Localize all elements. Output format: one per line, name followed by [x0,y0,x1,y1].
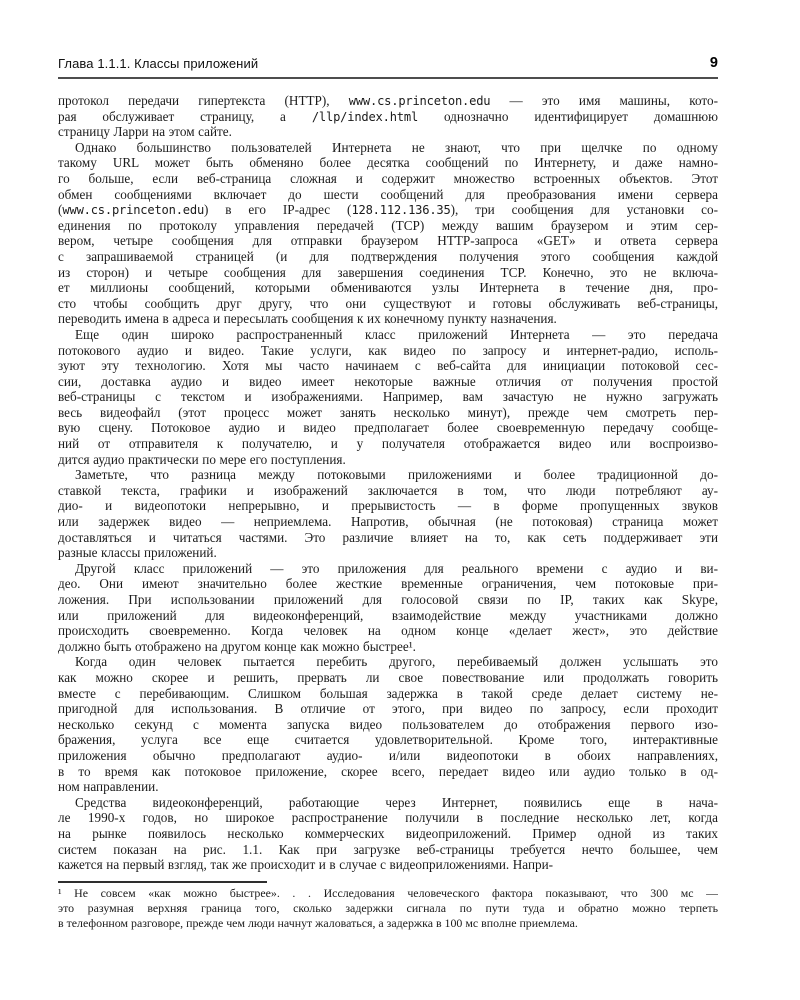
text-run: ний от отправителя к получателю, и у пол… [58,436,718,451]
text-line: Еще один широко распространенный класс п… [58,327,718,343]
inline-code: 128.112.136.35 [351,203,450,217]
text-line: в то время как потоковое приложение, ско… [58,764,718,780]
text-run: сии, доставка аудио и видео имеет некото… [58,374,718,389]
text-line: потокового аудио и видео. Такие услуги, … [58,343,718,359]
text-run: страницу Ларри на этом сайте. [58,124,232,139]
text-line: страницу Ларри на этом сайте. [58,124,718,140]
text-run: пригодной для использования. В отличие о… [58,701,718,716]
page-header: Глава 1.1.1. Классы приложений 9 [58,55,718,79]
text-line: на рынке появилось несколько коммерчески… [58,826,718,842]
text-run: ном направлении. [58,779,159,794]
text-run: обмен сообщениями включает до шести сооб… [58,187,718,202]
text-line: протокол передачи гипертекста (HTTP), ww… [58,93,718,109]
text-line: сто чтобы сообщить друг другу, что они с… [58,296,718,312]
text-run: вую сцену. Потоковое аудио и видео предп… [58,420,718,435]
footnote-separator [58,881,267,883]
text-line: део. Они имеют значительно более жесткие… [58,576,718,592]
text-run: ет миллионы сообщений, которыми обменива… [58,280,718,295]
body-text: протокол передачи гипертекста (HTTP), ww… [58,93,718,873]
text-line: или задержек видео — неприемлема. Напрот… [58,514,718,530]
text-run: приложения обычно предполагают аудио- и/… [58,748,718,763]
text-line: (www.cs.princeton.edu) в его IP-адрес (1… [58,202,718,218]
text-line: ле 1990-х годов, но широкое распростране… [58,810,718,826]
text-run: ставкой текста, графики и изображений за… [58,483,718,498]
text-run: разные классы приложений. [58,545,217,560]
text-line: из сторон) и четыре сообщения для заверш… [58,265,718,281]
text-line: Средства видеоконференций, работающие че… [58,795,718,811]
text-line: рая обслуживает страницу, а /llp/index.h… [58,109,718,125]
text-line: с запрашиваемой страницей (и для подтвер… [58,249,718,265]
inline-code: /llp/index.html [312,110,418,124]
footnote-line: ¹ Не совсем «как можно быстрее». . . Исс… [58,886,718,901]
text-line: обмен сообщениями включает до шести сооб… [58,187,718,203]
text-run: веб-страницы с текстом и изображениями. … [58,389,718,404]
text-line: ет миллионы сообщений, которыми обменива… [58,280,718,296]
text-line: дио- и видеопотоки непрерывно, и прерыви… [58,498,718,514]
page-number: 9 [710,55,718,71]
text-run: Однако большинство пользователей Интерне… [75,140,718,155]
text-run: вером, четыре сообщения для отправки бра… [58,233,718,248]
text-run: дио- и видеопотоки непрерывно, и прерыви… [58,498,718,513]
text-run: переводить имена в адреса и пересылать с… [58,311,557,326]
text-run: ), три сообщения для установки со- [451,202,718,217]
text-run: рая обслуживает страницу, а [58,109,312,124]
text-line: несколько секунд с момента запуска видео… [58,717,718,733]
text-run: Другой класс приложений — это приложения… [75,561,718,576]
text-line: ставкой текста, графики и изображений за… [58,483,718,499]
text-line: как можно скорее и решить, прервать ли с… [58,670,718,686]
text-run: происходить своевременно. Когда человек … [58,623,718,638]
text-line: пригодной для использования. В отличие о… [58,701,718,717]
text-line: переводить имена в адреса и пересылать с… [58,311,718,327]
text-line: или приложений для видеоконференций, вза… [58,608,718,624]
text-line: весь видеофайл (этот процесс может занят… [58,405,718,421]
text-run: кажется на первый взгляд, так же происхо… [58,857,553,872]
text-line: должно быть отображено на другом конце к… [58,639,718,655]
text-run: вместе с перебивающим. Слишком большая з… [58,686,718,701]
text-line: Когда один человек пытается перебить дру… [58,654,718,670]
footnote-text: ¹ Не совсем «как можно быстрее». . . Исс… [58,886,718,931]
text-run: единения по протоколу управления передач… [58,218,718,233]
text-run: такому URL может быть обменяно более дес… [58,155,718,170]
text-run: как можно скорее и решить, прервать ли с… [58,670,718,685]
text-line: такому URL может быть обменяно более дес… [58,155,718,171]
inline-code: www.cs.princeton.edu [62,203,204,217]
text-line: доставляться и читаться частями. Это раз… [58,530,718,546]
text-line: разные классы приложений. [58,545,718,561]
text-run: дится аудио практически по мере его пост… [58,452,346,467]
text-run: сто чтобы сообщить друг другу, что они с… [58,296,718,311]
text-line: ном направлении. [58,779,718,795]
inline-code: www.cs.princeton.edu [349,94,491,108]
text-run: несколько секунд с момента запуска видео… [58,717,718,732]
text-run: Еще один широко распространенный класс п… [75,327,718,342]
footnote-line: в телефонном разговоре, прежде чем люди … [58,916,718,931]
text-run: — это имя машины, кото- [490,93,718,108]
text-line: ложения. При использовании приложений дл… [58,592,718,608]
text-run: в то время как потоковое приложение, ско… [58,764,718,779]
text-line: веб-страницы с текстом и изображениями. … [58,389,718,405]
text-run: однозначно идентифицирует домашнюю [418,109,718,124]
text-line: Другой класс приложений — это приложения… [58,561,718,577]
text-line: го больше, если веб-страница сложная и с… [58,171,718,187]
text-line: происходить своевременно. Когда человек … [58,623,718,639]
text-line: Однако большинство пользователей Интерне… [58,140,718,156]
book-page: Глава 1.1.1. Классы приложений 9 протоко… [0,0,800,1000]
text-run: из сторон) и четыре сообщения для заверш… [58,265,718,280]
text-run: доставляться и читаться частями. Это раз… [58,530,718,545]
text-run: Заметьте, что разница между потоковыми п… [75,467,718,482]
text-line: сии, доставка аудио и видео имеет некото… [58,374,718,390]
text-line: Заметьте, что разница между потоковыми п… [58,467,718,483]
text-run: Средства видеоконференций, работающие че… [75,795,718,810]
text-run: систем показан на рис. 1.1. Как при загр… [58,842,718,857]
text-run: или приложений для видеоконференций, вза… [58,608,718,623]
text-run: ) в его IP-адрес ( [204,202,351,217]
text-run: го больше, если веб-страница сложная и с… [58,171,718,186]
text-run: Когда один человек пытается перебить дру… [75,654,718,669]
text-run: део. Они имеют значительно более жесткие… [58,576,718,591]
text-line: приложения обычно предполагают аудио- и/… [58,748,718,764]
text-line: систем показан на рис. 1.1. Как при загр… [58,842,718,858]
text-run: с запрашиваемой страницей (и для подтвер… [58,249,718,264]
text-line: вместе с перебивающим. Слишком большая з… [58,686,718,702]
text-line: ний от отправителя к получателю, и у пол… [58,436,718,452]
text-run: потокового аудио и видео. Такие услуги, … [58,343,718,358]
text-line: единения по протоколу управления передач… [58,218,718,234]
text-run: ложения. При использовании приложений дл… [58,592,718,607]
text-line: дится аудио практически по мере его пост… [58,452,718,468]
text-run: должно быть отображено на другом конце к… [58,639,416,654]
text-line: вую сцену. Потоковое аудио и видео предп… [58,420,718,436]
text-run: зуют эту технологию. Хотя мы часто начин… [58,358,718,373]
text-line: бражения, услуга все еще считается удовл… [58,732,718,748]
footnote-line: это разумная верхняя граница того, сколь… [58,901,718,916]
text-run: протокол передачи гипертекста (HTTP), [58,93,349,108]
text-run: на рынке появилось несколько коммерчески… [58,826,718,841]
text-run: или задержек видео — неприемлема. Напрот… [58,514,718,529]
text-run: бражения, услуга все еще считается удовл… [58,732,718,747]
text-line: кажется на первый взгляд, так же происхо… [58,857,718,873]
text-run: весь видеофайл (этот процесс может занят… [58,405,718,420]
text-line: вером, четыре сообщения для отправки бра… [58,233,718,249]
text-line: зуют эту технологию. Хотя мы часто начин… [58,358,718,374]
text-run: ле 1990-х годов, но широкое распростране… [58,810,718,825]
running-head: Глава 1.1.1. Классы приложений [58,56,258,71]
